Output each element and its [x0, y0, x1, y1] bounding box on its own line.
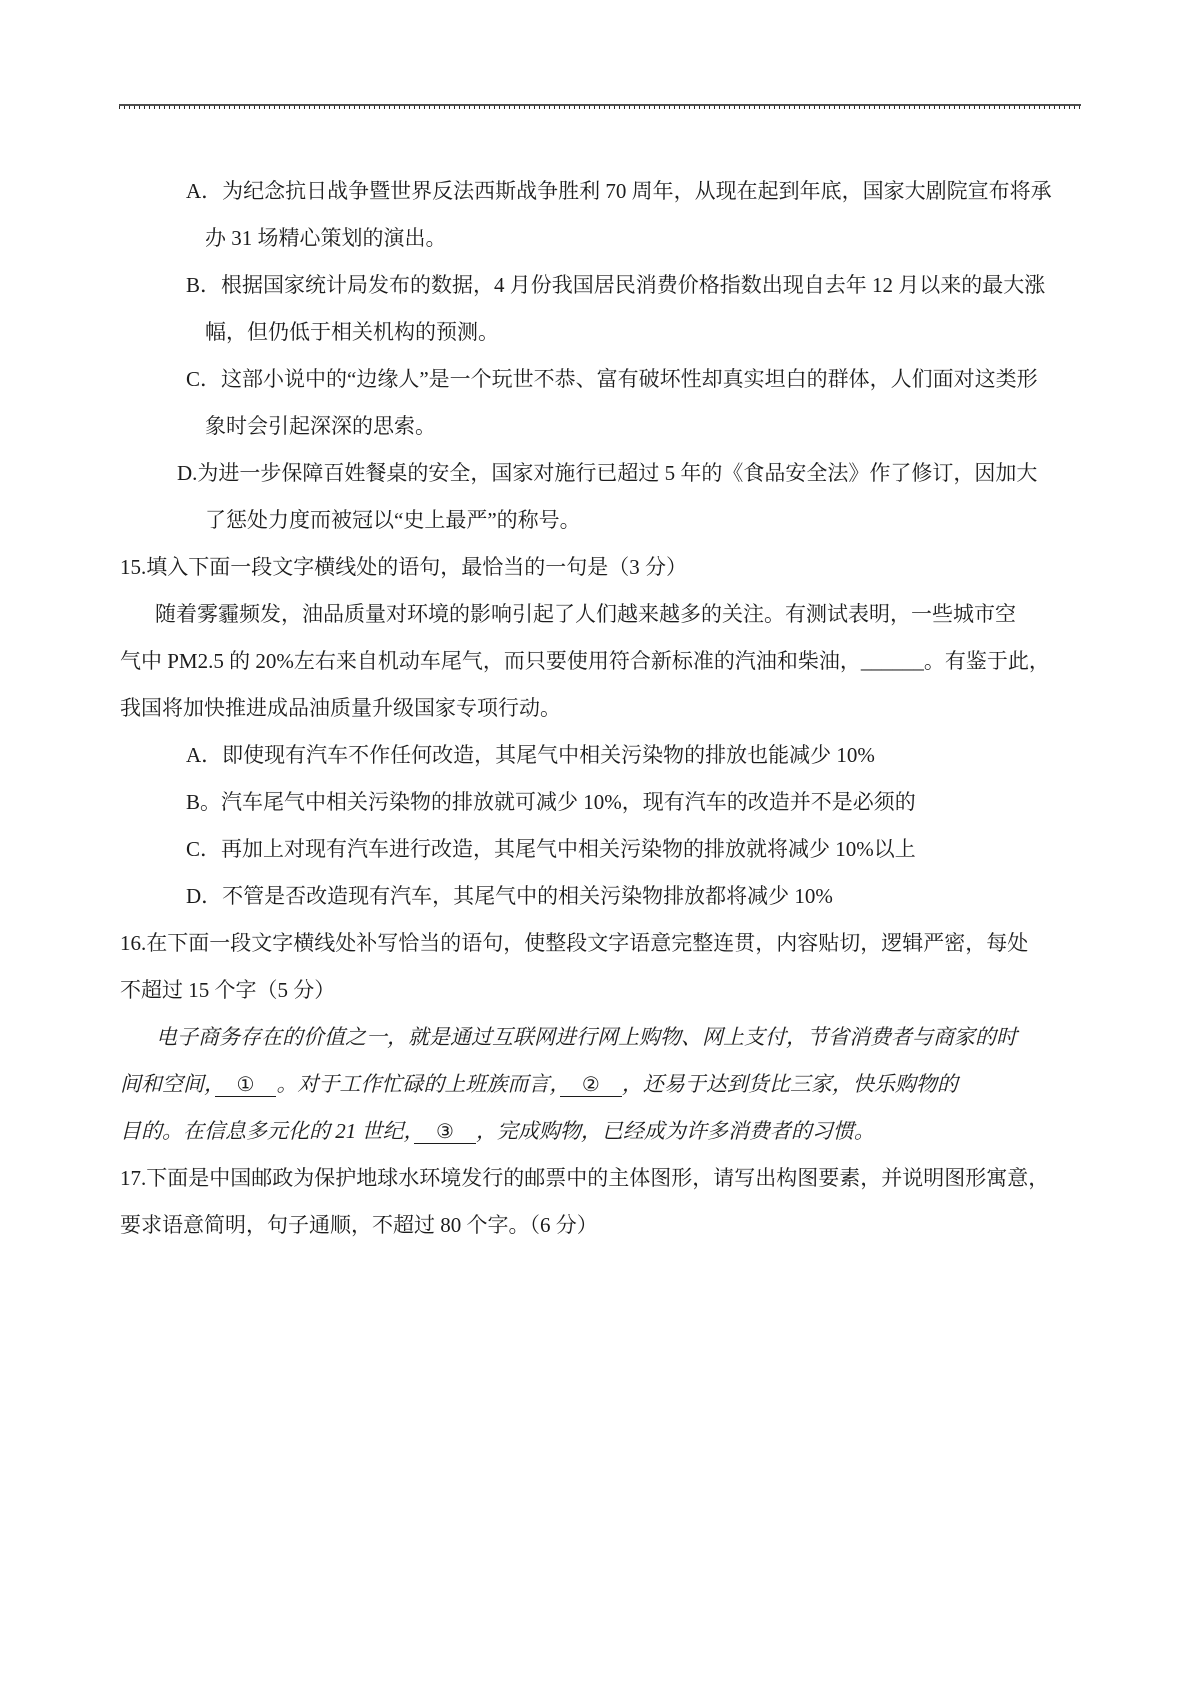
- text-segment: A．为纪念抗日战争暨世界反法西斯战争胜利 70 周年，从现在起到年底，国家大剧院…: [186, 179, 1052, 203]
- document-body: A．为纪念抗日战争暨世界反法西斯战争胜利 70 周年，从现在起到年底，国家大剧院…: [120, 168, 1088, 1249]
- text-line: 16.在下面一段文字横线处补写恰当的语句，使整段文字语意完整连贯，内容贴切，逻辑…: [120, 920, 1088, 967]
- text-segment: 幅，但仍低于相关机构的预测。: [205, 320, 499, 344]
- text-segment: C．这部小说中的“边缘人”是一个玩世不恭、富有破坏性却真实坦白的群体，人们面对这…: [186, 367, 1038, 391]
- text-line: A．即使现有汽车不作任何改造，其尾气中相关污染物的排放也能减少 10%: [186, 732, 1088, 779]
- text-line: 电子商务存在的价值之一，就是通过互联网进行网上购物、网上支付，节省消费者与商家的…: [156, 1014, 1088, 1061]
- text-segment: ______: [861, 649, 924, 673]
- text-segment: 15.填入下面一段文字横线处的语句，最恰当的一句是（3 分）: [120, 555, 687, 579]
- text-line: B．根据国家统计局发布的数据，4 月份我国居民消费价格指数出现自去年 12 月以…: [186, 262, 1088, 309]
- text-line: 我国将加快推进成品油质量升级国家专项行动。: [120, 685, 1088, 732]
- text-segment: 17.下面是中国邮政为保护地球水环境发行的邮票中的主体图形，请写出构图要素，并说…: [120, 1166, 1049, 1190]
- text-line: B。汽车尾气中相关污染物的排放就可减少 10%，现有汽车的改造并不是必须的: [186, 779, 1088, 826]
- text-line: 要求语意简明，句子通顺，不超过 80 个字。（6 分）: [120, 1202, 1088, 1249]
- text-line: 15.填入下面一段文字横线处的语句，最恰当的一句是（3 分）: [120, 544, 1088, 591]
- text-segment: 了惩处力度而被冠以“史上最严”的称号。: [205, 508, 581, 532]
- text-line: C．这部小说中的“边缘人”是一个玩世不恭、富有破坏性却真实坦白的群体，人们面对这…: [186, 356, 1088, 403]
- header-rule-ticks: [119, 106, 1081, 109]
- text-segment: 目的。在信息多元化的 21 世纪，: [120, 1119, 414, 1143]
- text-segment: C．再加上对现有汽车进行改造，其尾气中相关污染物的排放就将减少 10%以上: [186, 837, 916, 861]
- text-line: C．再加上对现有汽车进行改造，其尾气中相关污染物的排放就将减少 10%以上: [186, 826, 1088, 873]
- text-segment: 象时会引起深深的思索。: [205, 414, 436, 438]
- text-segment: D.为进一步保障百姓餐桌的安全，国家对施行已超过 5 年的《食品安全法》作了修订…: [177, 461, 1037, 485]
- header-rule: [119, 104, 1081, 109]
- text-segment: B。汽车尾气中相关污染物的排放就可减少 10%，现有汽车的改造并不是必须的: [186, 790, 916, 814]
- text-segment: 间和空间，: [120, 1072, 215, 1096]
- text-segment: A．即使现有汽车不作任何改造，其尾气中相关污染物的排放也能减少 10%: [186, 743, 875, 767]
- text-line: 随着雾霾频发，油品质量对环境的影响引起了人们越来越多的关注。有测试表明，一些城市…: [155, 591, 1088, 638]
- text-line: A．为纪念抗日战争暨世界反法西斯战争胜利 70 周年，从现在起到年底，国家大剧院…: [186, 168, 1088, 215]
- text-segment: 我国将加快推进成品油质量升级国家专项行动。: [120, 696, 561, 720]
- text-segment: B．根据国家统计局发布的数据，4 月份我国居民消费价格指数出现自去年 12 月以…: [186, 273, 1045, 297]
- text-line: 不超过 15 个字（5 分）: [120, 967, 1088, 1014]
- text-segment: 16.在下面一段文字横线处补写恰当的语句，使整段文字语意完整连贯，内容贴切，逻辑…: [120, 931, 1028, 955]
- text-segment: 办 31 场精心策划的演出。: [205, 226, 447, 250]
- text-line: 象时会引起深深的思索。: [205, 403, 1088, 450]
- text-segment: 电子商务存在的价值之一，就是通过互联网进行网上购物、网上支付，节省消费者与商家的…: [156, 1025, 1017, 1049]
- text-line: 间和空间， ① 。对于工作忙碌的上班族而言， ② ，还易于达到货比三家，快乐购物…: [120, 1061, 1088, 1108]
- text-segment: ，完成购物，已经成为许多消费者的习惯。: [476, 1119, 875, 1143]
- text-line: D.为进一步保障百姓餐桌的安全，国家对施行已超过 5 年的《食品安全法》作了修订…: [177, 450, 1088, 497]
- text-line: 办 31 场精心策划的演出。: [205, 215, 1088, 262]
- blank-underline: ③: [414, 1119, 476, 1144]
- text-segment: ，还易于达到货比三家，快乐购物的: [622, 1072, 958, 1096]
- text-line: 幅，但仍低于相关机构的预测。: [205, 309, 1088, 356]
- text-segment: 。有鉴于此，: [924, 649, 1050, 673]
- text-segment: 要求语意简明，句子通顺，不超过 80 个字。（6 分）: [120, 1213, 598, 1237]
- text-segment: D．不管是否改造现有汽车，其尾气中的相关污染物排放都将减少 10%: [186, 884, 833, 908]
- text-segment: 不超过 15 个字（5 分）: [120, 978, 335, 1002]
- text-segment: 随着雾霾频发，油品质量对环境的影响引起了人们越来越多的关注。有测试表明，一些城市…: [155, 602, 1016, 626]
- text-line: 17.下面是中国邮政为保护地球水环境发行的邮票中的主体图形，请写出构图要素，并说…: [120, 1155, 1088, 1202]
- text-segment: 。对于工作忙碌的上班族而言，: [276, 1072, 560, 1096]
- text-line: 气中 PM2.5 的 20%左右来自机动车尾气，而只要使用符合新标准的汽油和柴油…: [120, 638, 1088, 685]
- text-line: 目的。在信息多元化的 21 世纪， ③ ，完成购物，已经成为许多消费者的习惯。: [120, 1108, 1088, 1155]
- exam-page: A．为纪念抗日战争暨世界反法西斯战争胜利 70 周年，从现在起到年底，国家大剧院…: [0, 0, 1200, 1698]
- text-line: 了惩处力度而被冠以“史上最严”的称号。: [205, 497, 1088, 544]
- blank-underline: ①: [215, 1072, 277, 1097]
- blank-underline: ②: [560, 1072, 622, 1097]
- text-line: D．不管是否改造现有汽车，其尾气中的相关污染物排放都将减少 10%: [186, 873, 1088, 920]
- text-segment: 气中 PM2.5 的 20%左右来自机动车尾气，而只要使用符合新标准的汽油和柴油…: [120, 649, 861, 673]
